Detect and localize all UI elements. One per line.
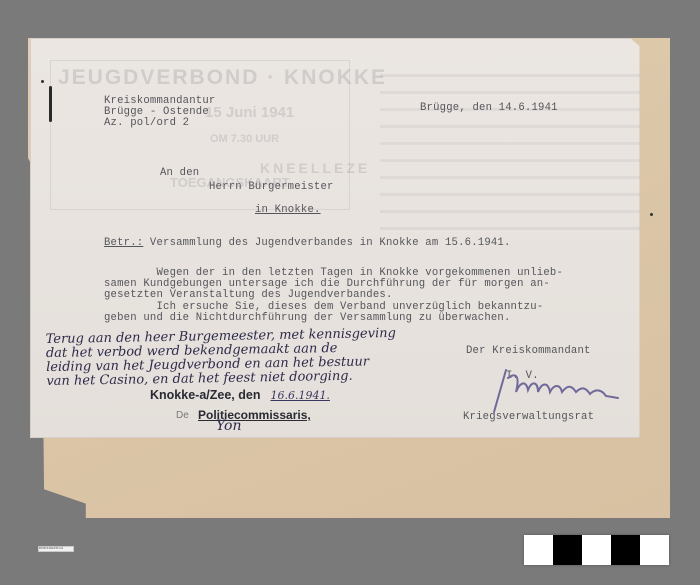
recipient-line2: Herrn Bürgermeister xyxy=(209,182,334,193)
recipient-line3: in Knokke. xyxy=(255,205,321,216)
stamp-date: 16.6.1941. xyxy=(260,389,339,402)
handwritten-annotation: Terug aan den heer Burgemeester, met ken… xyxy=(46,327,397,389)
color-calibration-bar xyxy=(524,535,669,565)
bleed-through-date: 15 Juni 1941 xyxy=(205,104,294,121)
recipient-line1: An den xyxy=(160,168,199,179)
color-patch-black xyxy=(611,535,640,565)
stamp-title: Politiecommissaris, xyxy=(198,408,311,422)
police-stamp: Knokke-a/Zee, den16.6.1941. xyxy=(150,388,340,402)
bleed-through-text-lines xyxy=(380,60,640,240)
closing-title: Der Kreiskommandant xyxy=(466,346,591,357)
closing-rank: Kriegsverwaltungsrat xyxy=(463,412,594,423)
sender-block: Kreiskommandantur Brügge - Ostende Az. p… xyxy=(104,96,215,129)
color-patch-white xyxy=(582,535,611,565)
bleed-through-time: OM 7.30 UUR xyxy=(210,133,279,145)
bleed-through-title: JEUGDVERBOND · KNOKKE xyxy=(58,66,387,90)
color-patch-white xyxy=(640,535,669,565)
punch-dot xyxy=(650,213,653,216)
subject-text: Versammlung des Jugendverbandes in Knokk… xyxy=(143,237,510,249)
stamp-prefix: De xyxy=(176,410,189,421)
stamp-place: Knokke-a/Zee, den xyxy=(150,388,260,402)
stamp-initials: Yon xyxy=(216,418,241,434)
letter-date: Brügge, den 14.6.1941 xyxy=(420,103,558,114)
color-patch-white xyxy=(524,535,553,565)
sender-line3: Az. pol/ord 2 xyxy=(104,117,189,129)
punch-dot xyxy=(41,80,44,83)
binding-staple-mark xyxy=(49,86,52,122)
color-patch-black xyxy=(553,535,582,565)
subject-line: Betr.: Versammlung des Jugendverbandes i… xyxy=(104,238,511,249)
bleed-through-line4: KNEELLEZE xyxy=(260,160,370,176)
signature-icon xyxy=(486,368,626,413)
letter-body: Wegen der in den letzten Tagen in Knokke… xyxy=(104,268,563,324)
catalog-label: KN0489#033 xyxy=(38,546,74,552)
subject-label: Betr.: xyxy=(104,237,143,249)
